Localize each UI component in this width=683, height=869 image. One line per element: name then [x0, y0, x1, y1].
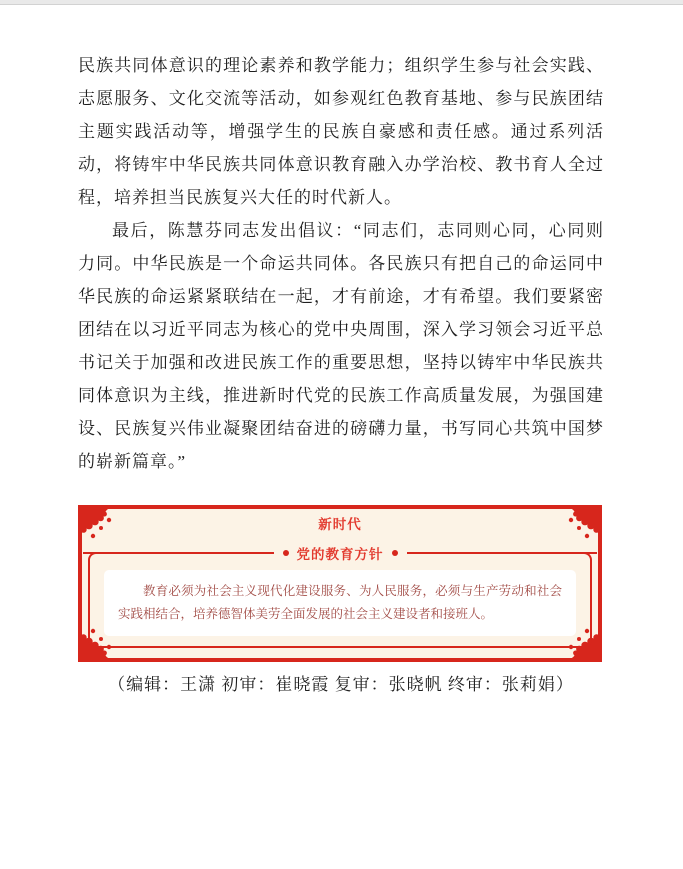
divider-line: [407, 552, 598, 554]
divider-line: [83, 552, 274, 554]
education-policy-banner-image: 新时代 党的教育方针 教育必须为社会主义现代化建设服务、为人民服务，必须与生产劳…: [78, 505, 602, 662]
document-page: 民族共同体意识的理论素养和教学能力；组织学生参与社会实践、志愿服务、文化交流等活…: [0, 5, 683, 697]
paragraph: 民族共同体意识的理论素养和教学能力；组织学生参与社会实践、志愿服务、文化交流等活…: [78, 49, 604, 214]
corner-ornament-icon: [78, 505, 118, 545]
article-body: 民族共同体意识的理论素养和教学能力；组织学生参与社会实践、志愿服务、文化交流等活…: [78, 49, 604, 478]
banner-title-line2: 党的教育方针: [297, 543, 384, 563]
banner-body-text: 教育必须为社会主义现代化建设服务、为人民服务，必须与生产劳动和社会实践相结合，培…: [118, 580, 562, 626]
banner-title-line1: 新时代: [82, 517, 598, 533]
editor-credits-line: （编辑：王潇 初审：崔晓霞 复审：张晓帆 终审：张莉娟）: [78, 673, 604, 697]
corner-ornament-icon: [562, 505, 602, 545]
divider-dot-icon: [392, 550, 398, 556]
banner-title-divider: 党的教育方针: [83, 543, 597, 563]
paragraph: 最后，陈慧芬同志发出倡议：“同志们，志同则心同，心同则力同。中华民族是一个命运共…: [78, 214, 604, 478]
banner-inner-frame: 党的教育方针 教育必须为社会主义现代化建设服务、为人民服务，必须与生产劳动和社会…: [88, 552, 592, 648]
divider-dot-icon: [283, 550, 289, 556]
banner-text-card: 教育必须为社会主义现代化建设服务、为人民服务，必须与生产劳动和社会实践相结合，培…: [104, 570, 576, 636]
